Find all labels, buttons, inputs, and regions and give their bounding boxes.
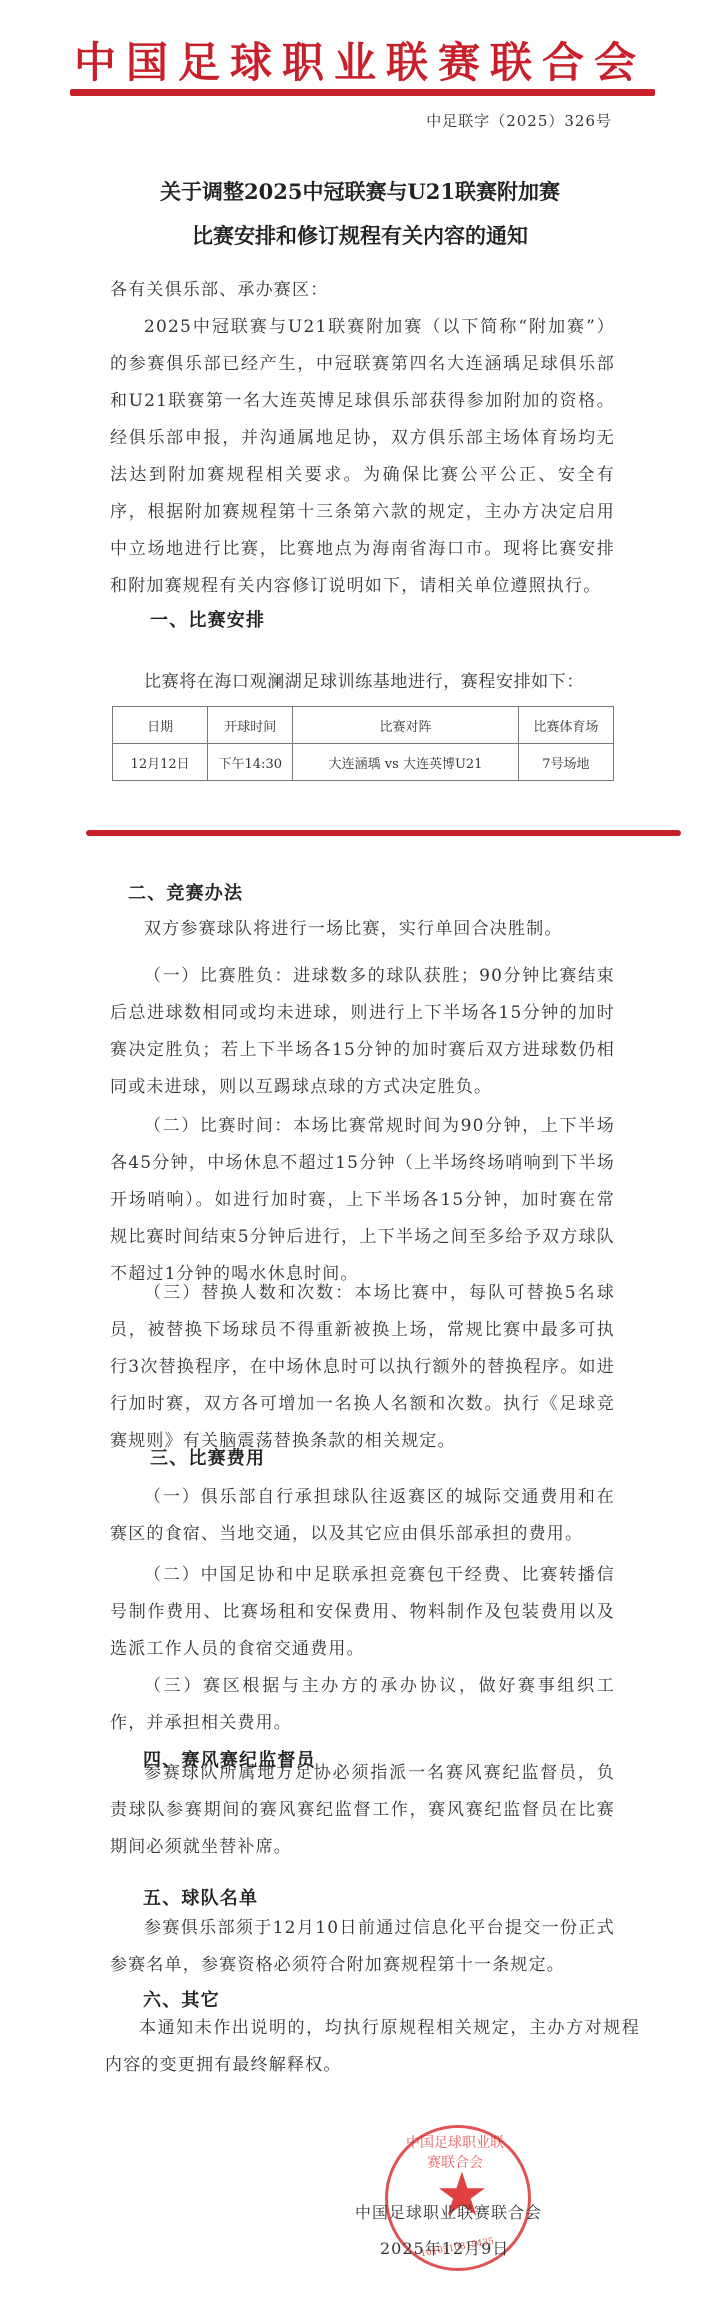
- intro-paragraph: 2025中冠联赛与U21联赛附加赛（以下简称“附加赛”）的参赛俱乐部已经产生，中…: [110, 309, 615, 605]
- cell-kickoff: 下午14:30: [208, 744, 293, 781]
- col-header-venue: 比赛体育场: [518, 707, 613, 744]
- section-2-item-3: （三）替换人数和次数：本场比赛中，每队可替换5名球员，被替换下场球员不得重新被换…: [110, 1275, 615, 1460]
- notice-title-line2: 比赛安排和修订规程有关内容的通知: [0, 214, 720, 258]
- section-2-heading: 二、竞赛办法: [128, 875, 633, 912]
- section-4-text: 参赛球队所属地方足协必须指派一名赛风赛纪监督员，负责球队参赛期间的赛风赛纪监督工…: [110, 1755, 615, 1866]
- cell-venue: 7号场地: [518, 744, 613, 781]
- section-3-item-3: （三）赛区根据与主办方的承办协议，做好赛事组织工作，并承担相关费用。: [110, 1668, 615, 1742]
- issue-date: 2025年12月9日: [380, 2236, 509, 2259]
- table-row: 12月12日 下午14:30 大连涵瑀 vs 大连英博U21 7号场地: [113, 744, 614, 781]
- section-5-text: 参赛俱乐部须于12月10日前通过信息化平台提交一份正式参赛名单，参赛资格必须符合…: [110, 1910, 615, 1984]
- col-header-date: 日期: [113, 707, 208, 744]
- letterhead-red-rule: [70, 89, 655, 96]
- cell-date: 12月12日: [113, 744, 208, 781]
- section-6-text: 本通知未作出说明的，均执行原规程相关规定，主办方对规程内容的变更拥有最终解释权。: [105, 2010, 640, 2084]
- section-3-item-2: （二）中国足协和中足联承担竞赛包干经费、比赛转播信号制作费用、比赛场租和安保费用…: [110, 1557, 615, 1668]
- section-2-text: 双方参赛球队将进行一场比赛，实行单回合决胜制。: [110, 911, 615, 948]
- col-header-kickoff: 开球时间: [208, 707, 293, 744]
- cell-fixture: 大连涵瑀 vs 大连英博U21: [293, 744, 518, 781]
- section-1-heading: 一、比赛安排: [150, 602, 655, 639]
- section-1-text: 比赛将在海口观澜湖足球训练基地进行，赛程安排如下：: [110, 664, 615, 701]
- section-3-heading: 三、比赛费用: [150, 1440, 655, 1477]
- document-number: 中足联字（2025）326号: [426, 110, 612, 131]
- page-break-red-rule: [86, 830, 681, 836]
- notice-title: 关于调整2025中冠联赛与U21联赛附加赛 比赛安排和修订规程有关内容的通知: [0, 170, 720, 258]
- table-header-row: 日期 开球时间 比赛对阵 比赛体育场: [113, 707, 614, 744]
- org-letterhead-title: 中国足球职业联赛联合会: [0, 30, 720, 90]
- notice-title-line1: 关于调整2025中冠联赛与U21联赛附加赛: [0, 170, 720, 214]
- col-header-fixture: 比赛对阵: [293, 707, 518, 744]
- section-3-item-1: （一）俱乐部自行承担球队往返赛区的城际交通费用和在赛区的食宿、当地交通，以及其它…: [110, 1479, 615, 1553]
- signatory: 中国足球职业联赛联合会: [355, 2200, 542, 2223]
- section-2-item-2: （二）比赛时间：本场比赛常规时间为90分钟，上下半场各45分钟，中场休息不超过1…: [110, 1108, 615, 1293]
- section-2-item-1: （一）比赛胜负：进球数多的球队获胜；90分钟比赛结束后总进球数相同或均未进球，则…: [110, 958, 615, 1106]
- schedule-table: 日期 开球时间 比赛对阵 比赛体育场 12月12日 下午14:30 大连涵瑀 v…: [112, 706, 614, 781]
- salutation: 各有关俱乐部、承办赛区：: [110, 272, 615, 309]
